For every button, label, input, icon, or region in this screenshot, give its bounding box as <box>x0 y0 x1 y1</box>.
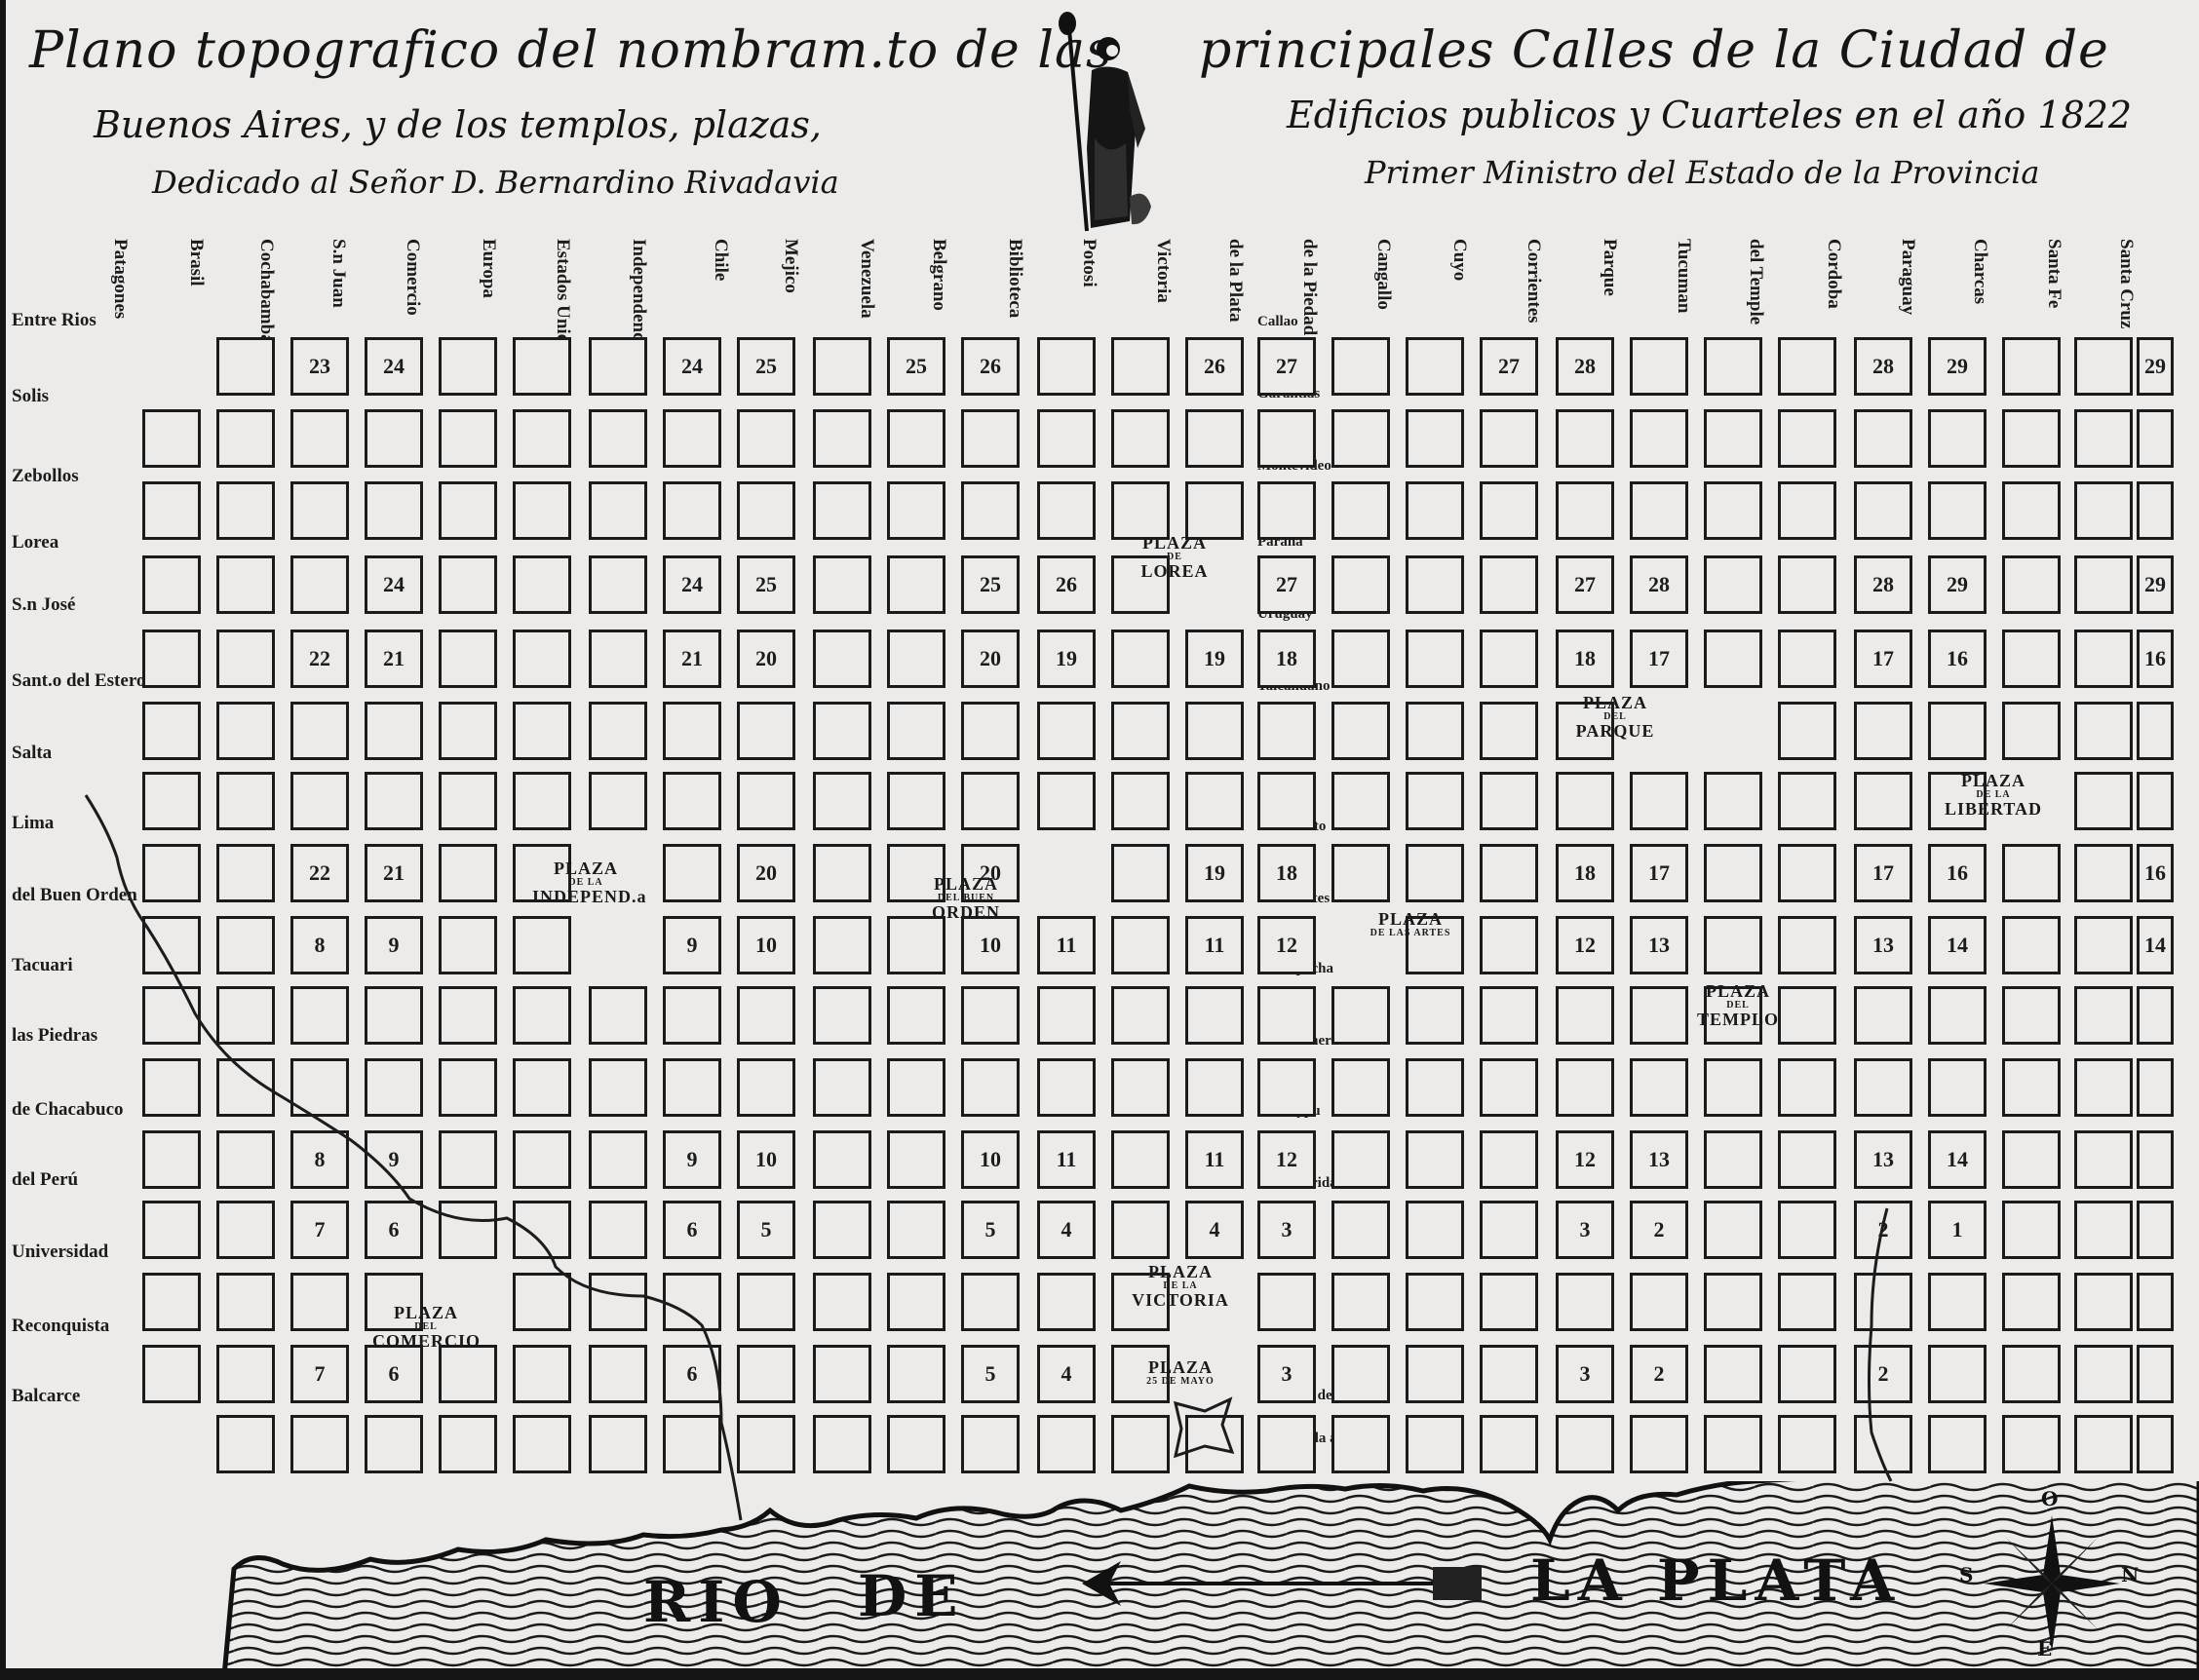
city-block <box>2002 1058 2061 1117</box>
city-block <box>1406 986 1464 1045</box>
photo-frame-left <box>0 0 6 1680</box>
city-block <box>1037 1273 1096 1331</box>
city-block: 17 <box>1630 844 1688 902</box>
city-block: 4 <box>1185 1201 1244 1259</box>
city-block: 6 <box>365 1345 423 1403</box>
city-block <box>1331 772 1390 830</box>
city-block: 8 <box>290 1130 349 1189</box>
plaza-label-line3: ORDEN <box>912 903 1020 922</box>
street-label-horizontal: las Piedras <box>12 1025 97 1047</box>
city-block <box>1778 481 1836 540</box>
river-label-la-plata: LA PLATA <box>1530 1547 1902 1614</box>
city-block <box>1406 1130 1464 1189</box>
city-block <box>513 1201 571 1259</box>
city-block <box>1185 772 1244 830</box>
title-line3-left: Dedicado al Señor D. Bernardino Rivadavi… <box>152 164 839 201</box>
city-block <box>1556 1058 1614 1117</box>
street-label-vertical: Cordoba <box>1823 239 1844 309</box>
street-label-inner: Callao <box>1257 314 1298 330</box>
city-block <box>216 1058 275 1117</box>
city-block <box>1928 481 1987 540</box>
city-block <box>216 337 275 396</box>
street-label-horizontal: del Buen Orden <box>12 885 137 906</box>
city-block <box>2137 1273 2174 1331</box>
city-block <box>1480 409 1538 468</box>
street-label-horizontal: Entre Rios <box>12 310 96 331</box>
city-block <box>2137 1345 2174 1403</box>
city-block <box>813 1201 871 1259</box>
city-block <box>1037 337 1096 396</box>
city-block <box>1854 1415 1912 1473</box>
city-block <box>737 986 795 1045</box>
city-block: 22 <box>290 844 349 902</box>
plaza-label-line1: PLAZA <box>1127 1263 1234 1281</box>
city-block <box>1704 481 1762 540</box>
compass-rose-icon <box>1979 1510 2125 1657</box>
city-block <box>1257 1273 1316 1331</box>
city-block: 3 <box>1257 1345 1316 1403</box>
city-block: 27 <box>1480 337 1538 396</box>
city-block: 16 <box>2137 844 2174 902</box>
city-block <box>663 481 721 540</box>
plaza-label-line3: TEMPLO <box>1684 1011 1792 1029</box>
city-block: 24 <box>365 555 423 614</box>
city-block <box>1778 1273 1836 1331</box>
city-block <box>2074 1130 2133 1189</box>
city-block: 2 <box>1854 1201 1912 1259</box>
city-block <box>2002 1273 2061 1331</box>
city-block <box>1778 1130 1836 1189</box>
city-block: 5 <box>961 1345 1020 1403</box>
city-block <box>737 409 795 468</box>
title-line1-left: Plano topografico del nombram.to de las <box>29 21 1113 80</box>
city-block <box>216 844 275 902</box>
city-block <box>737 1415 795 1473</box>
city-block <box>216 702 275 760</box>
city-block <box>1185 1058 1244 1117</box>
city-block <box>2074 409 2133 468</box>
city-block <box>589 1058 647 1117</box>
city-block: 5 <box>737 1201 795 1259</box>
city-block <box>1257 409 1316 468</box>
city-block <box>737 1273 795 1331</box>
city-block <box>589 337 647 396</box>
city-block: 11 <box>1037 1130 1096 1189</box>
plaza-label-line2: 25 DE MAYO <box>1127 1377 1234 1388</box>
city-block: 8 <box>290 916 349 974</box>
city-block <box>887 409 945 468</box>
city-block <box>1928 1058 1987 1117</box>
city-block <box>961 1415 1020 1473</box>
city-block <box>1257 772 1316 830</box>
city-block <box>216 1201 275 1259</box>
street-label-horizontal: del Perú <box>12 1169 78 1191</box>
city-block: 16 <box>1928 844 1987 902</box>
city-block <box>813 1058 871 1117</box>
city-block: 21 <box>663 630 721 688</box>
city-block <box>887 916 945 974</box>
city-block <box>737 1345 795 1403</box>
city-block <box>1111 702 1170 760</box>
city-block <box>216 986 275 1045</box>
city-block <box>1778 1345 1836 1403</box>
city-block <box>813 1415 871 1473</box>
plaza-label: PLAZADELOREA <box>1121 534 1228 581</box>
city-block: 17 <box>1630 630 1688 688</box>
city-block <box>216 630 275 688</box>
city-block: 24 <box>663 555 721 614</box>
city-block <box>216 916 275 974</box>
street-label-horizontal: de Chacabuco <box>12 1099 124 1121</box>
title-line3-right: Primer Ministro del Estado de la Provinc… <box>1365 154 2039 191</box>
city-block <box>2074 1201 2133 1259</box>
city-block <box>1480 1201 1538 1259</box>
street-label-vertical: Charcas <box>1969 239 1990 304</box>
city-block <box>1928 986 1987 1045</box>
city-block <box>2002 1345 2061 1403</box>
city-block <box>1704 409 1762 468</box>
city-block <box>1556 1273 1614 1331</box>
city-block <box>589 555 647 614</box>
city-block <box>1630 986 1688 1045</box>
city-block <box>1556 1415 1614 1473</box>
city-block <box>1331 337 1390 396</box>
city-block <box>2137 1415 2174 1473</box>
city-block <box>2002 630 2061 688</box>
city-block: 28 <box>1630 555 1688 614</box>
city-block <box>1704 555 1762 614</box>
city-block <box>813 986 871 1045</box>
city-block <box>1185 481 1244 540</box>
city-block <box>2137 481 2174 540</box>
city-block <box>961 702 1020 760</box>
city-block: 29 <box>1928 555 1987 614</box>
city-block: 1 <box>1928 1201 1987 1259</box>
city-block <box>365 409 423 468</box>
city-block: 10 <box>961 916 1020 974</box>
city-block <box>1331 1058 1390 1117</box>
city-block <box>439 1415 497 1473</box>
city-block <box>2074 337 2133 396</box>
city-block: 11 <box>1185 1130 1244 1189</box>
city-block <box>887 1130 945 1189</box>
city-block: 27 <box>1257 337 1316 396</box>
street-label-vertical: Santa Cruz <box>2115 239 2137 328</box>
street-label-vertical: Cochabamba <box>255 239 277 344</box>
city-block: 25 <box>961 555 1020 614</box>
city-block: 13 <box>1854 916 1912 974</box>
plaza-label-line1: PLAZA <box>1940 772 2047 790</box>
city-block <box>1704 337 1762 396</box>
city-block <box>663 844 721 902</box>
city-block <box>365 986 423 1045</box>
city-block: 14 <box>1928 1130 1987 1189</box>
city-block: 2 <box>1630 1345 1688 1403</box>
city-block: 11 <box>1185 916 1244 974</box>
city-block <box>2002 409 2061 468</box>
city-block <box>1331 702 1390 760</box>
city-block: 10 <box>961 1130 1020 1189</box>
street-label-vertical: Cangallo <box>1372 239 1394 310</box>
plaza-label-line2: DE LAS ARTES <box>1357 929 1464 939</box>
city-block <box>1928 409 1987 468</box>
city-block <box>1928 1415 1987 1473</box>
city-block <box>1257 1415 1316 1473</box>
city-block <box>142 772 201 830</box>
city-block <box>1406 630 1464 688</box>
city-block <box>2074 916 2133 974</box>
city-block <box>142 986 201 1045</box>
city-block <box>813 481 871 540</box>
plaza-label-line3: LIBERTAD <box>1940 800 2047 819</box>
city-block: 21 <box>365 844 423 902</box>
city-block: 23 <box>290 337 349 396</box>
city-block <box>1480 772 1538 830</box>
city-block <box>1480 844 1538 902</box>
city-block <box>1556 481 1614 540</box>
city-block <box>589 986 647 1045</box>
city-block <box>813 702 871 760</box>
city-block <box>513 630 571 688</box>
city-block <box>513 409 571 468</box>
city-block <box>813 409 871 468</box>
city-block <box>1111 916 1170 974</box>
city-block <box>1257 1058 1316 1117</box>
city-block <box>589 481 647 540</box>
city-block <box>1037 1415 1096 1473</box>
city-block <box>1257 702 1316 760</box>
city-block <box>142 409 201 468</box>
city-block <box>1778 630 1836 688</box>
city-block: 5 <box>961 1201 1020 1259</box>
city-block: 18 <box>1556 844 1614 902</box>
title-line2-left: Buenos Aires, y de los templos, plazas, <box>94 103 822 146</box>
city-block <box>1037 702 1096 760</box>
city-block <box>1630 337 1688 396</box>
street-label-horizontal: Reconquista <box>12 1316 109 1337</box>
city-block <box>1185 409 1244 468</box>
street-label-vertical: Venezuela <box>856 239 877 319</box>
city-block <box>1630 772 1688 830</box>
street-label-vertical: Santa Fe <box>2043 239 2064 308</box>
city-block <box>513 1058 571 1117</box>
city-block <box>737 481 795 540</box>
city-block <box>737 1058 795 1117</box>
city-block <box>1704 1201 1762 1259</box>
city-block: 27 <box>1257 555 1316 614</box>
city-block: 18 <box>1257 630 1316 688</box>
city-block <box>290 555 349 614</box>
city-block <box>1111 986 1170 1045</box>
city-block <box>1406 844 1464 902</box>
city-block <box>439 337 497 396</box>
city-block <box>813 555 871 614</box>
city-block <box>961 481 1020 540</box>
city-block: 24 <box>663 337 721 396</box>
city-block <box>961 986 1020 1045</box>
city-block <box>2002 1201 2061 1259</box>
city-block <box>1406 1273 1464 1331</box>
city-block <box>887 1201 945 1259</box>
compass-south-label: S <box>1959 1563 1973 1586</box>
plaza-label-line3: LOREA <box>1121 562 1228 581</box>
city-block <box>513 481 571 540</box>
city-block <box>2137 986 2174 1045</box>
city-block <box>1630 481 1688 540</box>
city-block <box>1406 772 1464 830</box>
plaza-label-line1: PLAZA <box>1127 1358 1234 1377</box>
city-block <box>1854 409 1912 468</box>
city-block <box>589 1415 647 1473</box>
city-block <box>142 481 201 540</box>
city-block <box>1406 1058 1464 1117</box>
city-block <box>290 481 349 540</box>
street-label-horizontal: Lorea <box>12 532 58 554</box>
city-block <box>439 1058 497 1117</box>
city-block <box>216 1273 275 1331</box>
city-block <box>1480 555 1538 614</box>
city-block <box>1778 1058 1836 1117</box>
city-block <box>1928 702 1987 760</box>
city-block: 3 <box>1556 1345 1614 1403</box>
city-block <box>439 1130 497 1189</box>
city-block <box>1480 916 1538 974</box>
city-block <box>589 409 647 468</box>
city-block: 18 <box>1556 630 1614 688</box>
city-block <box>290 1415 349 1473</box>
city-block <box>2074 1058 2133 1117</box>
city-block: 12 <box>1556 916 1614 974</box>
city-block <box>1331 630 1390 688</box>
city-block <box>2074 844 2133 902</box>
city-block <box>142 555 201 614</box>
city-block <box>2137 1058 2174 1117</box>
city-block <box>589 1130 647 1189</box>
city-block <box>513 702 571 760</box>
city-block: 4 <box>1037 1345 1096 1403</box>
city-block <box>589 702 647 760</box>
city-block <box>1704 844 1762 902</box>
street-label-vertical: Corrientes <box>1523 239 1544 324</box>
city-block <box>663 1058 721 1117</box>
street-label-horizontal: Salta <box>12 743 52 764</box>
street-label-horizontal: Solis <box>12 386 49 407</box>
street-label-vertical: Belgrano <box>928 239 949 311</box>
city-block <box>216 772 275 830</box>
city-block <box>1480 1415 1538 1473</box>
city-block <box>1111 481 1170 540</box>
plaza-label: PLAZA25 DE MAYO <box>1127 1358 1234 1387</box>
city-block <box>1704 1345 1762 1403</box>
city-block <box>513 916 571 974</box>
city-block <box>2002 986 2061 1045</box>
city-block: 28 <box>1854 555 1912 614</box>
city-block <box>1854 481 1912 540</box>
city-block <box>1111 337 1170 396</box>
city-block: 17 <box>1854 844 1912 902</box>
city-block <box>290 1273 349 1331</box>
city-block <box>1704 1130 1762 1189</box>
city-block <box>513 1130 571 1189</box>
city-block <box>2002 1415 2061 1473</box>
city-block <box>290 772 349 830</box>
city-block <box>216 1345 275 1403</box>
street-label-horizontal: Balcarce <box>12 1386 80 1407</box>
city-block <box>887 555 945 614</box>
city-block <box>1111 630 1170 688</box>
river-flow-arrow-icon <box>1082 1559 1491 1608</box>
street-label-horizontal: Lima <box>12 813 54 834</box>
street-label-vertical: Mejico <box>780 239 801 293</box>
city-block <box>2074 481 2133 540</box>
city-block <box>2002 702 2061 760</box>
photo-frame-bottom <box>0 1668 2199 1680</box>
plaza-label-line1: PLAZA <box>372 1304 480 1322</box>
city-block: 19 <box>1185 844 1244 902</box>
plaza-label: PLAZADE LALIBERTAD <box>1940 772 2047 819</box>
city-block <box>2002 337 2061 396</box>
city-block <box>513 1415 571 1473</box>
city-block <box>2137 409 2174 468</box>
city-block <box>1331 986 1390 1045</box>
city-block <box>2137 1201 2174 1259</box>
city-block: 17 <box>1854 630 1912 688</box>
city-block <box>513 1273 571 1331</box>
city-block <box>1257 481 1316 540</box>
street-label-vertical: del Temple <box>1745 239 1766 325</box>
city-block <box>439 986 497 1045</box>
city-block <box>1854 772 1912 830</box>
city-block: 9 <box>663 1130 721 1189</box>
city-block <box>1854 1273 1912 1331</box>
city-block <box>2074 1273 2133 1331</box>
city-block: 29 <box>1928 337 1987 396</box>
city-block: 16 <box>1928 630 1987 688</box>
plaza-label-line1: PLAZA <box>1121 534 1228 553</box>
city-block <box>1556 986 1614 1045</box>
map-page: Plano topografico del nombram.to de las … <box>0 0 2199 1680</box>
city-block: 9 <box>365 1130 423 1189</box>
city-block <box>1630 1058 1688 1117</box>
city-block <box>2074 702 2133 760</box>
compass-east-label: E <box>2037 1637 2052 1661</box>
city-block <box>142 1058 201 1117</box>
plaza-label: PLAZADELCOMERCIO <box>372 1304 480 1351</box>
city-block <box>737 772 795 830</box>
plaza-label-line3: COMERCIO <box>372 1332 480 1351</box>
city-block <box>813 1130 871 1189</box>
city-block <box>1778 555 1836 614</box>
city-block <box>365 1415 423 1473</box>
city-block <box>1778 916 1836 974</box>
city-block: 25 <box>737 337 795 396</box>
city-block <box>1331 844 1390 902</box>
city-block <box>290 702 349 760</box>
city-block: 12 <box>1257 1130 1316 1189</box>
street-label-vertical: Paraguay <box>1897 239 1918 315</box>
city-block <box>513 986 571 1045</box>
city-block <box>1111 844 1170 902</box>
city-block <box>961 772 1020 830</box>
city-block: 21 <box>365 630 423 688</box>
city-block <box>887 772 945 830</box>
city-block: 11 <box>1037 916 1096 974</box>
city-block <box>1778 409 1836 468</box>
city-block <box>961 1058 1020 1117</box>
city-block <box>439 630 497 688</box>
city-block: 16 <box>2137 630 2174 688</box>
city-block <box>365 772 423 830</box>
